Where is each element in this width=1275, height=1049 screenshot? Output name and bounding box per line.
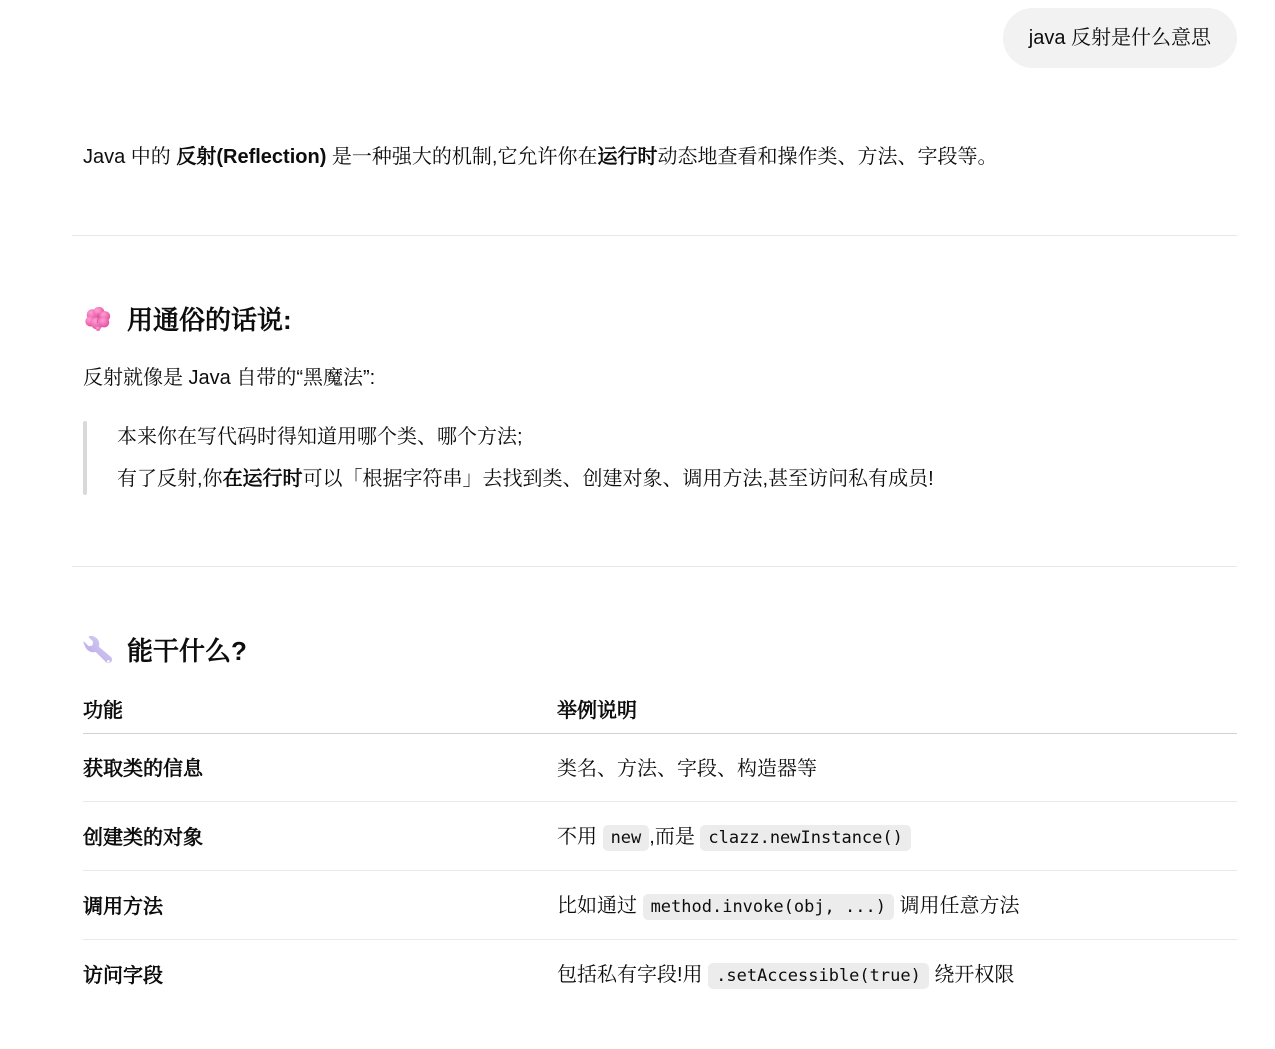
quote-bold-runtime: 在运行时 <box>223 468 303 490</box>
intro-paragraph: Java 中的 反射(Reflection) 是一种强大的机制,它允许你在运行时… <box>83 143 1237 171</box>
table-row: 访问字段 包括私有字段!用 .setAccessible(true) 绕开权限 <box>83 940 1237 1009</box>
column-header-feature: 功能 <box>83 693 557 734</box>
heading-text: 能干什么? <box>127 633 247 669</box>
table-row: 创建类的对象 不用 new,而是 clazz.newInstance() <box>83 802 1237 871</box>
brain-icon <box>83 305 113 335</box>
user-message-bubble: java 反射是什么意思 <box>1003 8 1237 68</box>
inline-code: new <box>603 825 650 851</box>
cell-text: 不用 <box>557 826 603 848</box>
example-cell: 比如通过 method.invoke(obj, ...) 调用任意方法 <box>557 871 1237 940</box>
table-header-row: 功能 举例说明 <box>83 693 1237 734</box>
example-cell: 不用 new,而是 clazz.newInstance() <box>557 802 1237 871</box>
intro-text: 动态地查看和操作类、方法、字段等。 <box>657 146 997 168</box>
section-divider <box>72 235 1237 236</box>
intro-bold-reflection: 反射(Reflection) <box>176 146 326 168</box>
assistant-message: Java 中的 反射(Reflection) 是一种强大的机制,它允许你在运行时… <box>83 143 1237 1008</box>
table-row: 获取类的信息 类名、方法、字段、构造器等 <box>83 734 1237 802</box>
cell-text: 包括私有字段!用 <box>557 964 708 986</box>
quote-line-1: 本来你在写代码时得知道用哪个类、哪个方法; <box>117 423 1237 451</box>
plain-words-lead: 反射就像是 Java 自带的“黑魔法”: <box>83 364 1237 392</box>
intro-bold-runtime: 运行时 <box>597 146 657 168</box>
chat-thread: java 反射是什么意思 Java 中的 反射(Reflection) 是一种强… <box>0 0 1275 1008</box>
heading-text: 用通俗的话说: <box>127 302 292 338</box>
table-row: 调用方法 比如通过 method.invoke(obj, ...) 调用任意方法 <box>83 871 1237 940</box>
column-header-example: 举例说明 <box>557 693 1237 734</box>
intro-text: 是一种强大的机制,它允许你在 <box>326 146 597 168</box>
cell-text: 调用任意方法 <box>894 895 1020 917</box>
feature-cell: 访问字段 <box>83 940 557 1009</box>
section-heading-plain-words: 用通俗的话说: <box>83 302 1237 338</box>
feature-cell: 创建类的对象 <box>83 802 557 871</box>
cell-text: 比如通过 <box>557 895 643 917</box>
section-divider <box>72 566 1237 567</box>
quote-line-2: 有了反射,你在运行时可以「根据字符串」去找到类、创建对象、调用方法,甚至访问私有… <box>117 465 1237 493</box>
inline-code: .setAccessible(true) <box>708 963 929 989</box>
feature-cell: 调用方法 <box>83 871 557 940</box>
inline-code: method.invoke(obj, ...) <box>643 894 894 920</box>
cell-text: ,而是 <box>649 826 700 848</box>
quote-text: 有了反射,你 <box>117 468 223 490</box>
example-cell: 类名、方法、字段、构造器等 <box>557 734 1237 802</box>
quote-text: 可以「根据字符串」去找到类、创建对象、调用方法,甚至访问私有成员! <box>303 468 934 490</box>
inline-code: clazz.newInstance() <box>700 825 910 851</box>
cell-text: 绕开权限 <box>929 964 1015 986</box>
intro-text: Java 中的 <box>83 146 176 168</box>
section-heading-capabilities: 能干什么? <box>83 633 1237 669</box>
user-message-row: java 反射是什么意思 <box>83 8 1237 68</box>
blockquote: 本来你在写代码时得知道用哪个类、哪个方法; 有了反射,你在运行时可以「根据字符串… <box>83 421 1237 495</box>
example-cell: 包括私有字段!用 .setAccessible(true) 绕开权限 <box>557 940 1237 1009</box>
capabilities-table: 功能 举例说明 获取类的信息 类名、方法、字段、构造器等 创建类的对象 不用 n… <box>83 693 1237 1008</box>
feature-cell: 获取类的信息 <box>83 734 557 802</box>
wrench-icon <box>83 636 113 666</box>
